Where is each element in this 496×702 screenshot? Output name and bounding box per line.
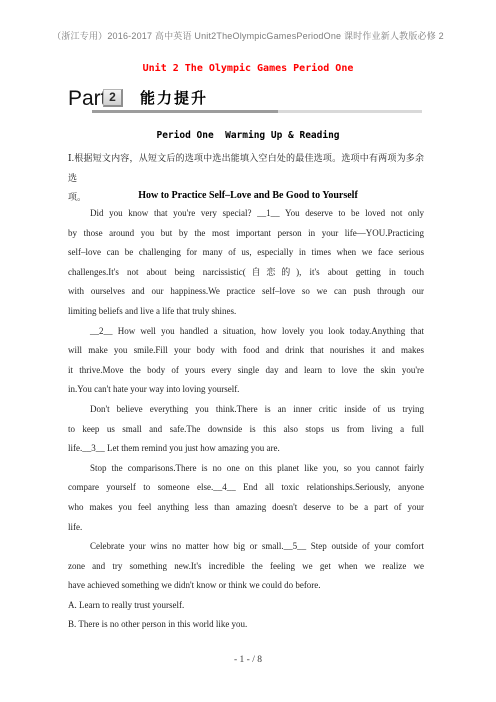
passage-line: by those around you but by the most impo… bbox=[68, 224, 424, 244]
passage-line: __2__ How well you handled a situation, … bbox=[68, 322, 424, 342]
passage-title: How to Practice Self–Love and Be Good to… bbox=[0, 190, 496, 201]
passage-body: Did you know that you're very special? _… bbox=[68, 204, 424, 635]
passage-line: in.You can't hate your way into loving y… bbox=[68, 380, 424, 400]
passage-line: Did you know that you're very special? _… bbox=[68, 204, 424, 224]
passage-line: Stop the comparisons.There is no one on … bbox=[68, 459, 424, 479]
part-number-badge: 2 bbox=[103, 89, 123, 107]
passage-line: compare yourself to someone else.__4__ E… bbox=[68, 478, 424, 498]
document-page: （浙江专用）2016-2017 高中英语 Unit2TheOlympicGame… bbox=[0, 0, 496, 702]
unit-title: Unit 2 The Olympic Games Period One bbox=[0, 63, 496, 74]
passage-line: to keep us small and safe.The downside i… bbox=[68, 420, 424, 440]
passage-line: with ourselves and our happiness.We prac… bbox=[68, 282, 424, 302]
passage-line: Celebrate your wins no matter how big or… bbox=[68, 537, 424, 557]
passage-line: have achieved something we didn't know o… bbox=[68, 576, 424, 596]
banner-rule-dark bbox=[92, 110, 278, 113]
section-heading: Period One Warming Up & Reading bbox=[0, 130, 496, 141]
document-header: （浙江专用）2016-2017 高中英语 Unit2TheOlympicGame… bbox=[0, 29, 496, 42]
passage-line: life. bbox=[68, 518, 424, 538]
passage-line: it thrive.Move the body of yours every s… bbox=[68, 361, 424, 381]
passage-line: who makes you feel anything less than am… bbox=[68, 498, 424, 518]
passage-line: limiting beliefs and live a life that tr… bbox=[68, 302, 424, 322]
passage-line: self–love can be challenging for many of… bbox=[68, 243, 424, 263]
part-label: Part bbox=[68, 86, 107, 111]
passage-line: life.__3__ Let them remind you just how … bbox=[68, 439, 424, 459]
banner-rule-light bbox=[278, 110, 422, 113]
passage-line: Don't believe everything you think.There… bbox=[68, 400, 424, 420]
option-b: B. There is no other person in this worl… bbox=[68, 615, 424, 635]
passage-line: will make you smile.Fill your body with … bbox=[68, 341, 424, 361]
page-number-footer: - 1 - / 8 bbox=[0, 655, 496, 665]
passage-line: zone and try something new.It's incredib… bbox=[68, 557, 424, 577]
passage-line: challenges.It's not about being narcissi… bbox=[68, 263, 424, 283]
part-title: 能力提升 bbox=[140, 90, 208, 108]
option-a: A. Learn to really trust yourself. bbox=[68, 596, 424, 616]
instruction-line: Ⅰ.根据短文内容，从短文后的选项中选出能填入空白处的最佳选项。选项中有两项为多余… bbox=[68, 149, 424, 188]
